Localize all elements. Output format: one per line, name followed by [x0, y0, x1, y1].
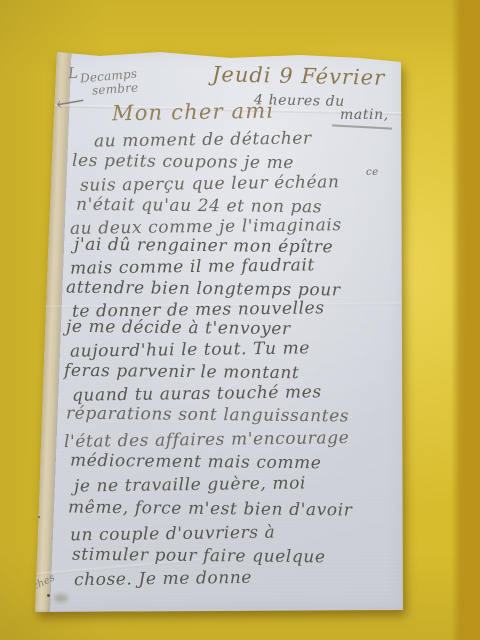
paper-speck [40, 378, 43, 380]
paper-speck [44, 228, 46, 231]
handwritten-line: stimuler pour faire quelque [72, 547, 326, 567]
handwritten-line: mais comme il me faudrait [70, 257, 315, 277]
handwritten-line: même, force m'est bien d'avoir [68, 500, 353, 520]
handwritten-line: suis aperçu que leur échéan [80, 174, 340, 195]
handwritten-line: attendre bien longtemps pour [66, 280, 341, 300]
paper-stain [54, 594, 68, 602]
underline-flourish [332, 124, 392, 129]
handwritten-line: chose. Je me donne [74, 570, 252, 589]
superscript-correction: ce [366, 168, 379, 178]
handwritten-line: médiocrement mais comme [70, 453, 322, 473]
letter-salutation: Mon cher ami [112, 101, 275, 125]
handwritten-line: au moment de détacher [94, 130, 312, 150]
handwritten-line: réparations sont languissantes [66, 406, 349, 426]
handwritten-line: l'état des affaires m'encourage [64, 430, 350, 451]
handwritten-line: quand tu auras touché mes [72, 384, 322, 404]
paper-speck [38, 516, 40, 518]
letter-sheet: L Decamps sembre ⟵ Jeudi 9 Février 4 heu… [30, 46, 410, 618]
letter-sheet-wrapper: L Decamps sembre ⟵ Jeudi 9 Février 4 heu… [30, 46, 410, 618]
letter-date: Jeudi 9 Février [212, 64, 386, 89]
letter-time-continuation: matin, [340, 108, 389, 122]
paper-speck [50, 106, 53, 109]
paper-speck [47, 594, 50, 597]
handwritten-line: les petits coupons je me [72, 153, 294, 172]
pencil-corner-mark: L [67, 66, 78, 82]
handwritten-line: feras parvenir le montant [64, 363, 300, 382]
paper-stain [36, 292, 45, 306]
handwritten-line: j'ai dû rengainer mon épître [74, 237, 333, 257]
background-right-shadow-band [451, 0, 480, 640]
handwritten-line: n'était qu'au 24 et non pas [76, 197, 322, 217]
handwritten-line: je me décide à t'envoyer [66, 319, 291, 338]
handwritten-line: aujourd'hui le tout. Tu me [70, 340, 310, 360]
pencil-note-line2: sembre [92, 81, 139, 96]
pencil-arrow: ⟵ [54, 90, 86, 115]
handwritten-line: je ne travaille guère, moi [74, 475, 306, 495]
handwritten-line: un couple d'ouvriers à [70, 525, 276, 545]
